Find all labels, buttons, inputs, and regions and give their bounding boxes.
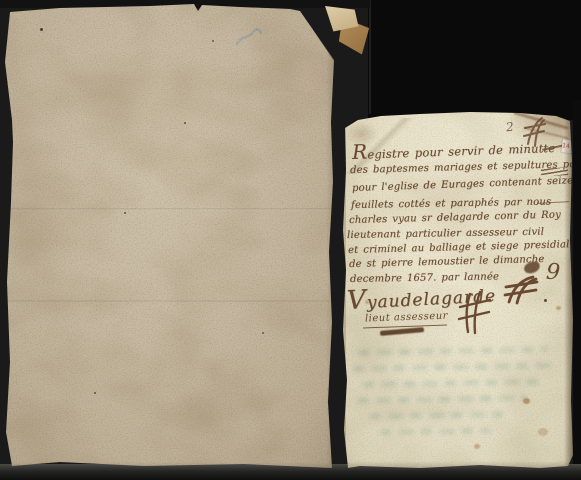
page-edge-shadow (341, 110, 346, 470)
paper-speck (184, 122, 186, 124)
manuscript-line: lieutenant particulier assesseur civil (347, 227, 544, 241)
manuscript-line: feuillets cottés et paraphés par nous (351, 197, 552, 211)
bleed-line (357, 395, 527, 404)
paper-crease (4, 300, 340, 302)
manuscript-line: de st pierre lemoustier le dimanche (349, 254, 545, 270)
fiber-mark (234, 26, 264, 50)
paper-texture (4, 2, 340, 472)
paper-speck (262, 332, 264, 334)
paper-speck (212, 40, 214, 42)
background-floor-shadow (0, 464, 581, 480)
year-mark: 9 (545, 260, 561, 286)
ink-bleedthrough (348, 346, 566, 450)
page-number: 2 (505, 120, 514, 135)
ink-smear (380, 327, 424, 336)
bleed-line (369, 411, 511, 419)
background-shadow (368, 0, 581, 120)
paper-speck (124, 212, 126, 214)
paper-speck (94, 392, 96, 394)
paraph-flourish-icon (503, 274, 539, 308)
bleed-line (363, 379, 543, 388)
right-page: 2 Registre pour servir de minutte des ba… (341, 110, 574, 470)
paper-speck (40, 28, 43, 31)
signature-title: lieut assesseur (365, 311, 448, 325)
manuscript-line: pour l'eglise de Eurages contenant seize (352, 175, 574, 194)
page-edge-shadow (326, 2, 340, 472)
paraph-flourish-icon (455, 288, 493, 338)
archival-scan: 2 Registre pour servir de minutte des ba… (0, 0, 581, 480)
ink-dot (544, 299, 547, 302)
paper-crease (4, 208, 340, 211)
background-seam (369, 0, 371, 114)
rust-spot (556, 306, 561, 310)
bleed-line (352, 362, 552, 371)
manuscript-line: charles vyau sr delagarde conr du Roy (349, 209, 561, 226)
background-shadow (573, 100, 581, 480)
bleed-line (380, 427, 492, 435)
left-page (4, 2, 340, 472)
bleed-line (358, 346, 548, 355)
